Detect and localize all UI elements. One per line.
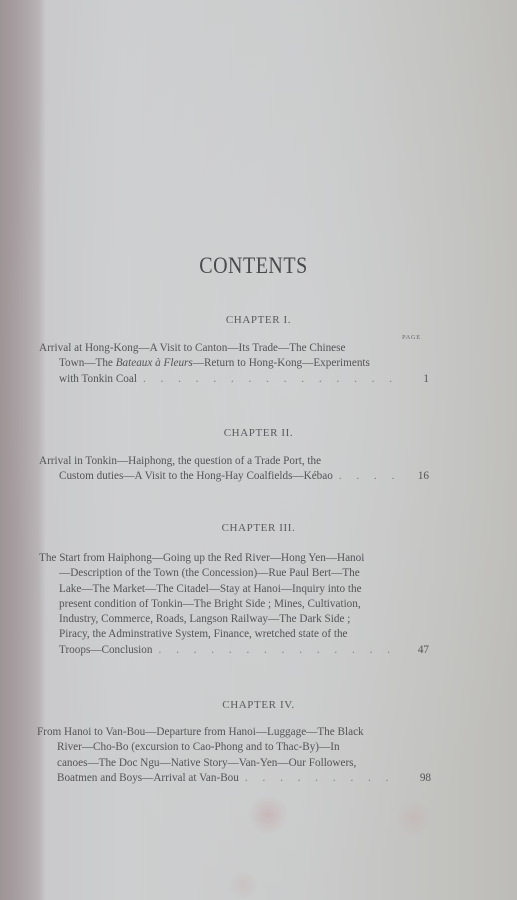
chapter-heading: CHAPTER IV. bbox=[0, 699, 517, 711]
entry-line: Lake—The Market—The Citadel—Stay at Hano… bbox=[39, 582, 429, 597]
leader-dots: . . . . . . . . . . . . . . . . . . . . … bbox=[143, 372, 401, 387]
entry-line: present condition of Tonkin—The Bright S… bbox=[39, 597, 429, 612]
book-page: CONTENTS CHAPTER I. PAGE Arrival at Hong… bbox=[0, 0, 517, 900]
entry-text: with Tonkin Coal bbox=[59, 372, 137, 387]
page-number: 1 bbox=[407, 372, 429, 387]
entry-last-line: Custom duties—A Visit to the Hong-Hay Co… bbox=[39, 469, 429, 484]
paper-stain bbox=[248, 795, 288, 835]
entry-last-line: with Tonkin Coal . . . . . . . . . . . .… bbox=[39, 372, 429, 387]
toc-entry: Arrival at Hong-Kong—A Visit to Canton—I… bbox=[39, 341, 429, 387]
entry-line: Arrival in Tonkin—Haiphong, the question… bbox=[39, 454, 429, 469]
entry-last-line: Troops—Conclusion . . . . . . . . . . . … bbox=[39, 643, 429, 658]
toc-entry: From Hanoi to Van-Bou—Departure from Han… bbox=[37, 725, 431, 787]
chapter-heading: CHAPTER III. bbox=[0, 522, 517, 534]
page-number: 47 bbox=[407, 643, 429, 658]
chapter-heading: CHAPTER I. bbox=[0, 314, 517, 326]
leader-dots: . . . . . . . . . . . . . . . . . . . . … bbox=[245, 771, 403, 786]
toc-entry: Arrival in Tonkin—Haiphong, the question… bbox=[39, 454, 429, 485]
entry-text: Town—The bbox=[59, 357, 116, 369]
entry-line: Arrival at Hong-Kong—A Visit to Canton—I… bbox=[39, 341, 429, 356]
entry-line: The Start from Haiphong—Going up the Red… bbox=[39, 551, 429, 566]
chapter-heading: CHAPTER II. bbox=[0, 427, 517, 439]
entry-line: —Description of the Town (the Concession… bbox=[39, 566, 429, 581]
entry-line: Town—The Bateaux à Fleurs—Return to Hong… bbox=[39, 356, 429, 371]
entry-line: Industry, Commerce, Roads, Langson Railw… bbox=[39, 612, 429, 627]
entry-text: Boatmen and Boys—Arrival at Van-Bou bbox=[57, 771, 239, 786]
entry-line: River—Cho-Bo (excursion to Cao-Phong and… bbox=[37, 740, 431, 755]
paper-stain bbox=[228, 870, 258, 900]
entry-text: Custom duties—A Visit to the Hong-Hay Co… bbox=[59, 469, 333, 484]
entry-line: canoes—The Doc Ngu—Native Story—Van-Yen—… bbox=[37, 756, 431, 771]
entry-text: Troops—Conclusion bbox=[59, 643, 152, 658]
page-number: 16 bbox=[407, 469, 429, 484]
entry-line: Piracy, the Adminstrative System, Financ… bbox=[39, 627, 429, 642]
entry-last-line: Boatmen and Boys—Arrival at Van-Bou . . … bbox=[37, 771, 431, 786]
page-title: CONTENTS bbox=[0, 253, 512, 279]
page-number: 98 bbox=[409, 771, 431, 786]
entry-text: —Return to Hong-Kong—Experiments bbox=[193, 357, 370, 369]
toc-entry: The Start from Haiphong—Going up the Red… bbox=[39, 551, 429, 658]
leader-dots: . . . . . . . . . . . . . . . . . . . . … bbox=[339, 469, 401, 484]
entry-text-italic: Bateaux à Fleurs bbox=[116, 357, 193, 369]
page-column-label: PAGE bbox=[402, 334, 421, 341]
leader-dots: . . . . . . . . . . . . . . . . . . . . … bbox=[158, 643, 401, 658]
paper-stain bbox=[395, 800, 431, 836]
entry-line: From Hanoi to Van-Bou—Departure from Han… bbox=[37, 725, 431, 740]
